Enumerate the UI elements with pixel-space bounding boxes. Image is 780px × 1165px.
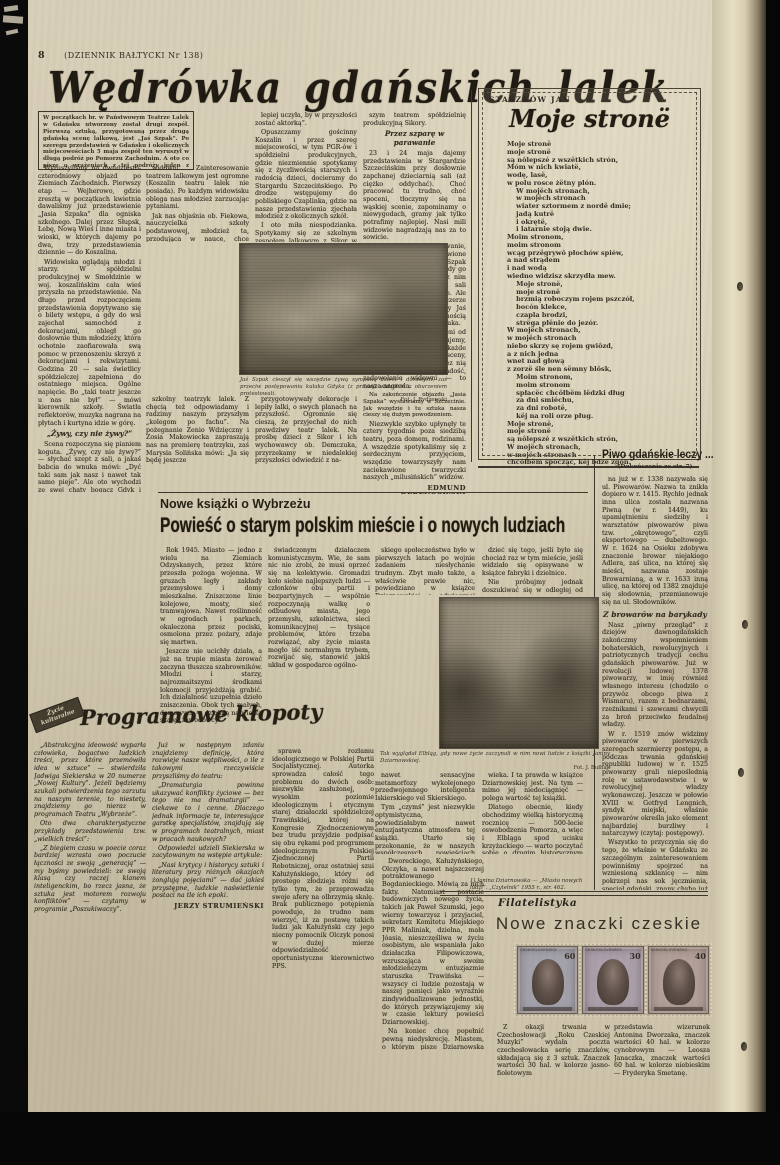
paragraph: „Dramaturgia powinna ukazywać konflikty …	[152, 782, 264, 843]
paragraph: Scena rozpoczyna się pianiem koguta. „Ży…	[38, 441, 141, 492]
article-column: przygotowywały dekoracje i lepiły lalki,…	[255, 396, 357, 492]
paragraph-group: Wyruszyliśmy na dwudziesto-czterodniowy …	[38, 165, 141, 427]
article-column: lepiej uczyła, by w przyszłości zostać a…	[255, 112, 357, 242]
masthead: (DZIENNIK BAŁTYCKI Nr 138)	[64, 51, 203, 60]
paragraph-group: sprawa rozłamu ideologicznego w Polskiej…	[272, 748, 374, 970]
paragraph: Opuszczamy gościnny Koszalin i przez sze…	[255, 129, 357, 221]
paragraph: Na koniec chcę popełnić pewną niedyskrec…	[382, 1028, 484, 1050]
book-footnote: 1) Janina Dziarnowska — „Miasto nowych l…	[470, 878, 592, 891]
paragraph: szkolny teatrzyk lalek. Z chęcią też odp…	[146, 396, 249, 465]
paragraph: Z okazji trwania w Czechosłowacji „Roku …	[497, 1024, 610, 1078]
paragraph: Niezwykle szybko upłynęły te cztery tygo…	[363, 421, 466, 482]
program-column: Już w następnym zdaniu znajdziemy defini…	[152, 742, 264, 1058]
paragraph: przygotowywały dekoracje i lepiły lalki,…	[255, 396, 357, 465]
paragraph: Jak nas objaśnia ob. Fiekowa, nauczyciel…	[146, 213, 249, 242]
paragraph-group: „Abstrakcyjna ideowość wyparła człowieka…	[34, 742, 146, 914]
paragraph: Widowiska oglądają młodzi i starzy. W sp…	[38, 259, 141, 428]
stamps-caption-column: przedstawia wizerunek Antonina Dworzaka,…	[614, 1024, 710, 1086]
paragraph: Wyruszyliśmy na dwudziesto-czterodniowy …	[38, 165, 141, 257]
paragraph: świadczonym działaczem komunistycznym. W…	[268, 547, 370, 670]
review-column: wieka. I ta prawda w książce Dziarnowski…	[482, 772, 583, 854]
poem-box: STASZKÓW JAN Moje stronë Moje stronëmoje…	[478, 88, 701, 460]
stamp-name-band	[588, 1007, 637, 1011]
culture-column-badge: Życie kulturalne	[29, 697, 85, 733]
article-column: widowni. Zainteresowanie teatrem lalkowy…	[146, 165, 249, 242]
paragraph: Odpowiedzi udzieli Siekierska w zacytowa…	[152, 845, 264, 860]
article-column: szkolny teatrzyk lalek. Z chęcią też odp…	[146, 396, 249, 492]
philately-headline: Nowe znaczki czeskie	[490, 914, 708, 934]
section-divider	[158, 492, 588, 493]
poem-author: STASZKÓW JAN	[489, 95, 571, 104]
paragraph-group: widowni. Zainteresowanie teatrem lalkowy…	[146, 165, 249, 242]
section-divider	[440, 891, 708, 896]
paragraph: dzieć się tego, jeśli było się chociaż r…	[482, 547, 583, 578]
author-signature: JERZY STRUMIEŃSKI	[152, 902, 264, 910]
review-column: dzieć się tego, jeśli było się chociaż r…	[482, 547, 583, 595]
stamp-smetana: ČESKOSLOVENSKO 60	[517, 946, 578, 1014]
paragraph-group: Dworeckiego, Kałużyńskiego, Olczyka, a n…	[382, 858, 484, 1050]
paragraph: widowni. Zainteresowanie teatrem lalkowy…	[146, 165, 249, 211]
continuation-note: (Dokończenie ze str. 7)	[602, 464, 708, 470]
article-subhead: Przez szparę w parawanie	[363, 130, 466, 148]
article-subhead: „Żywy, czy nie żywy?”	[38, 430, 141, 439]
column-rule	[471, 90, 472, 462]
scan-bottom-edge	[0, 1112, 780, 1165]
paragraph: I oto miła niespodzianka. Spotykamy się …	[255, 222, 357, 242]
page-number: 8	[38, 50, 45, 61]
philately-kicker: Filatelistyka	[498, 897, 577, 909]
paragraph: W r. 1519 znów widzimy piwowarów w pierw…	[602, 731, 708, 838]
review-column: sprawa rozłamu ideologicznego w Polskiej…	[272, 748, 374, 1048]
paragraph-group: dzieć się tego, jeśli było się chociaż r…	[482, 547, 583, 595]
stamp-dvorak: ČESKOSLOVENSKO 30	[582, 946, 643, 1014]
newspaper-scan: 8 (DZIENNIK BAŁTYCKI Nr 138) Wędrówka gd…	[0, 0, 780, 1165]
program-column: „Abstrakcyjna ideowość wyparła człowieka…	[34, 742, 146, 1052]
paragraph-group: Scena rozpoczyna się pianiem koguta. „Ży…	[38, 441, 141, 492]
review-column: Dworeckiego, Kałużyńskiego, Olczyka, a n…	[382, 858, 484, 1050]
stamp-name-band	[654, 1007, 703, 1011]
page-header: 8 (DZIENNIK BAŁTYCKI Nr 138)	[38, 50, 203, 61]
book-gutter	[712, 0, 766, 1120]
photo-credit: Fot. J. Rydzewski	[240, 397, 447, 404]
paragraph-group: Rok 1945. Miasto — jedno z wielu na Ziem…	[160, 547, 262, 725]
binding-hole	[737, 282, 743, 291]
section-kicker: Nowe książki o Wybrzeżu	[160, 497, 311, 511]
paragraph: sprawa rozłamu ideologicznego w Polskiej…	[272, 748, 374, 970]
beer-article-subhead: Z browarów na barykady	[602, 610, 708, 619]
paragraph: nawet sensacyjne metamorfozy wykolejoneg…	[375, 772, 475, 803]
paragraph-group: świadczonym działaczem komunistycznym. W…	[268, 547, 370, 670]
paragraph-group: Nasz „piwny przegląd” z dziejów dawnogda…	[602, 622, 708, 890]
paragraph: Oto dwa charakterystyczne przykłady prze…	[34, 820, 146, 843]
stamp-name-band	[523, 1007, 572, 1011]
composer-portrait	[663, 959, 695, 1005]
paragraph-group: przygotowywały dekoracje i lepiły lalki,…	[255, 396, 357, 465]
paragraph: Tym „czymś” jest niezwykle optymistyczna…	[375, 804, 475, 854]
paragraph: „Z biegiem czasu w poecie coraz bardziej…	[34, 845, 146, 914]
composer-portrait	[597, 959, 629, 1005]
stamp-value: 60	[564, 951, 575, 961]
paragraph: Nie próbujmy jednak doszukiwać się w odl…	[482, 579, 583, 595]
paragraph: „Nasi krytycy i historycy sztuki i liter…	[152, 862, 264, 900]
binding-hole	[738, 768, 744, 777]
paragraph-group: skiego społeczeństwa było w pierwszych l…	[375, 547, 475, 595]
composer-portrait	[532, 959, 564, 1005]
main-headline: Wędrówka gdańskich lalek	[48, 62, 503, 112]
review-column: skiego społeczeństwa było w pierwszych l…	[375, 547, 475, 595]
photo-credit: Fot. J. Bułhak	[380, 765, 610, 772]
paragraph: Nasz „piwny przegląd” z dziejów dawnogda…	[602, 622, 708, 729]
scan-left-edge	[0, 0, 28, 1165]
poem-title: Moje stronë	[479, 104, 700, 133]
scan-artifact	[3, 15, 23, 23]
paragraph: Wszystko to przyczynia się do tego, że w…	[602, 839, 708, 890]
stamp-value: 40	[695, 951, 706, 961]
book-review-headline: Powieść o starym polskim mieście i o now…	[160, 513, 565, 538]
binding-hole	[742, 620, 748, 629]
poem-body: Moje stronëmoje stronësą nôlepszé z wszë…	[507, 141, 672, 467]
paragraph: Dworeckiego, Kałużyńskiego, Olczyka, a n…	[382, 858, 484, 1027]
scan-right-edge	[766, 0, 780, 1165]
paragraph: 23 i 24 maja dajemy przedstawienia w Sta…	[363, 150, 466, 242]
paragraph-group: szkolny teatrzyk lalek. Z chęcią też odp…	[146, 396, 249, 465]
stamp-janacek: ČESKOSLOVENSKO 40	[648, 946, 709, 1014]
paragraph: wieka. I ta prawda w książce Dziarnowski…	[482, 772, 583, 803]
paragraph: skiego społeczeństwa było w pierwszych l…	[375, 547, 475, 595]
elblag-city-photo	[440, 598, 598, 748]
review-column: nawet sensacyjne metamorfozy wykolejoneg…	[375, 772, 475, 854]
paragraph-group: szym teatrem spółdzielnię produkcyjną Si…	[363, 112, 466, 127]
beer-article-title: Piwo gdańskie leczy ...	[602, 449, 714, 461]
paragraph: na już w r. 1338 nazywała się ul. Piwowa…	[602, 476, 708, 606]
beer-article-column: na już w r. 1338 nazywała się ul. Piwowa…	[602, 476, 708, 890]
paragraph: Już w następnym zdaniu znajdziemy defini…	[152, 742, 264, 780]
photo-caption-text: Tak wyglądał Elbląg, gdy nowe życie zacz…	[380, 751, 610, 764]
paragraph: Dlatego obecnie, kiedy obchodzimy wielką…	[482, 804, 583, 854]
photo-caption: Jaś Szpak cieszył się wszędzie żywą symp…	[240, 377, 447, 404]
article-column: Wyruszyliśmy na dwudziesto-czterodniowy …	[38, 165, 141, 492]
binding-hole	[741, 1042, 747, 1051]
paragraph: szym teatrem spółdzielnię produkcyjną Si…	[363, 112, 466, 127]
stamps-caption-column: Z okazji trwania w Czechosłowacji „Roku …	[497, 1024, 610, 1086]
newspaper-page: 8 (DZIENNIK BAŁTYCKI Nr 138) Wędrówka gd…	[28, 0, 712, 1112]
lead-box: W początkach br. w Państwowym Teatrze La…	[38, 111, 194, 170]
paragraph: lepiej uczyła, by w przyszłości zostać a…	[255, 112, 357, 127]
stamps-image: ČESKOSLOVENSKO 60 ČESKOSLOVENSKO 30 ČESK…	[515, 944, 711, 1016]
paragraph-group: na już w r. 1338 nazywała się ul. Piwowa…	[602, 476, 708, 606]
photo-caption-text: Jaś Szpak cieszył się wszędzie żywą symp…	[240, 377, 447, 397]
paragraph: przedstawia wizerunek Antonina Dworzaka,…	[614, 1024, 710, 1078]
stamp-value: 30	[630, 951, 641, 961]
paragraph: Rok 1945. Miasto — jedno z wielu na Ziem…	[160, 547, 262, 647]
paragraph-group: nawet sensacyjne metamorfozy wykolejoneg…	[375, 772, 475, 854]
paragraph-group: Już w następnym zdaniu znajdziemy defini…	[152, 742, 264, 900]
photo-caption: Tak wyglądał Elbląg, gdy nowe życie zacz…	[380, 751, 610, 771]
paragraph-group: lepiej uczyła, by w przyszłości zostać a…	[255, 112, 357, 242]
puppet-theatre-photo	[240, 244, 447, 374]
paragraph-group: wieka. I ta prawda w książce Dziarnowski…	[482, 772, 583, 854]
paragraph-group: Niezwykle szybko upłynęły te cztery tygo…	[363, 421, 466, 482]
paragraph: „Abstrakcyjna ideowość wyparła człowieka…	[34, 742, 146, 819]
